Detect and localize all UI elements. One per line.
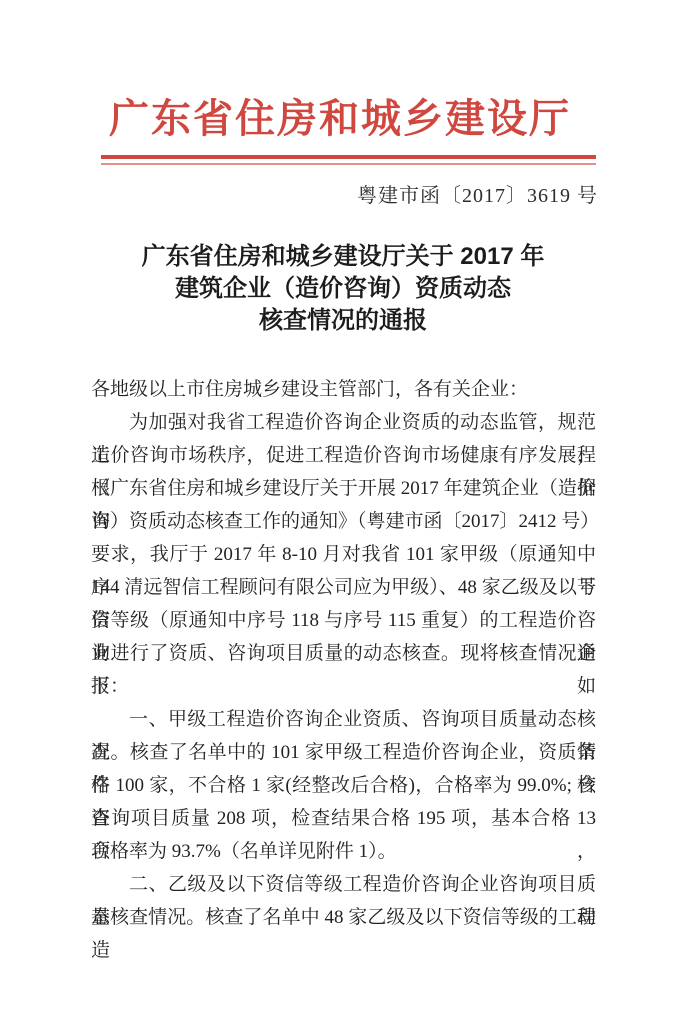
notice-title-line-2: 建筑企业（造价咨询）资质动态 [90,273,596,305]
body-line: 各地级以上市住房城乡建设主管部门，各有关企业： [91,373,596,406]
notice-title-line-3: 核查情况的通报 [90,305,596,337]
notice-title: 广东省住房和城乡建设厅关于 2017 年 建筑企业（造价咨询）资质动态 核查情况… [90,241,596,337]
body-line: 造价咨询市场秩序，促进工程造价咨询市场健康有序发展，根据 [91,439,596,472]
notice-title-line-1: 广东省住房和城乡建设厅关于 2017 年 [90,241,596,273]
body-line: 态核查情况。核查了名单中 48 家乙级及以下资信等级的工程造 [91,901,596,934]
body-line: 二、乙级及以下资信等级工程造价咨询企业咨询项目质量动 [91,868,596,901]
body-line: 格 100 家，不合格 1 家(经整改后合格)，合格率为 99.0%; 核查 [91,769,596,802]
body-line: 《广东省住房和城乡建设厅关于开展 2017 年建筑企业（造价咨 [91,472,596,505]
body-line: 信等级（原通知中序号 118 与序号 115 重复）的工程造价咨询企 [91,604,596,637]
body-line: 144 清远智信工程顾问有限公司应为甲级）、48 家乙级及以下资 [91,571,596,604]
notice-body: 各地级以上市住房城乡建设主管部门，各有关企业： 为加强对我省工程造价咨询企业资质… [91,373,596,934]
body-line: 况。核查了名单中的 101 家甲级工程造价咨询企业，资质条件合 [91,736,596,769]
body-line: 咨询项目质量 208 项，检查结果合格 195 项，基本合格 13 项， [91,802,596,835]
document-number: 粤建市函〔2017〕3619 号 [357,184,598,208]
body-line: 业进行了资质、咨询项目质量的动态核查。现将核查情况通报如 [91,637,596,670]
red-divider [101,155,596,165]
letterhead-title: 广东省住房和城乡建设厅 [40,96,640,142]
document-page: 广东省住房和城乡建设厅 粤建市函〔2017〕3619 号 广东省住房和城乡建设厅… [0,0,680,1024]
body-line: 一、甲级工程造价咨询企业资质、咨询项目质量动态核查情 [91,703,596,736]
body-line: 询）资质动态核查工作的通知》（粤建市函〔2017〕2412 号） [91,505,596,538]
body-line: 要求，我厅于 2017 年 8-10 月对我省 101 家甲级（原通知中序号 [91,538,596,571]
body-line: 为加强对我省工程造价咨询企业资质的动态监管，规范工程 [91,406,596,439]
